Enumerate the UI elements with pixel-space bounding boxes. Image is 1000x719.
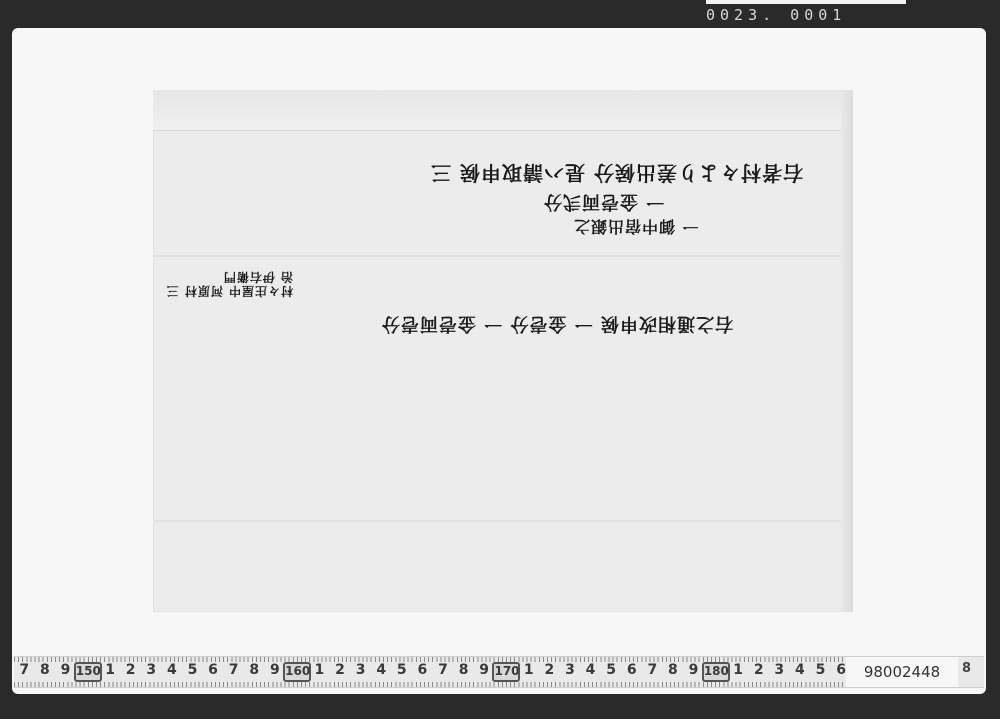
ruler-number: 6 xyxy=(203,662,224,682)
ruler-number: 2 xyxy=(120,662,141,682)
handwritten-line: 一 金壱両弐分 xyxy=(543,190,664,216)
ruler-number: 6 xyxy=(412,662,433,682)
ruler-number: 8 xyxy=(453,662,474,682)
ruler-number: 5 xyxy=(182,662,203,682)
ruler-number: 5 xyxy=(392,662,413,682)
paper-right-edge xyxy=(841,90,853,612)
handwritten-line: 右之通相改申候 一 金壱分 一 金壱両壱分 xyxy=(303,312,733,338)
ruler-number: 1 xyxy=(518,662,539,682)
ruler-number: 7 xyxy=(223,662,244,682)
ruler-number: 1 xyxy=(728,662,749,682)
document-sheet: 右者村々より差出候分 是ハ請取申候 三 一 金壱両弐分 一 御中宿出銀之 右之通… xyxy=(153,90,853,612)
ruler-number: 2 xyxy=(330,662,351,682)
ruler-numbers: 7 8 9 150 1 2 3 4 5 6 7 8 9 160 1 2 3 4 … xyxy=(14,662,851,682)
ruler-number: 1 xyxy=(100,662,121,682)
ruler-number: 3 xyxy=(769,662,790,682)
ruler-number: 6 xyxy=(621,662,642,682)
ruler-number: 8 xyxy=(244,662,265,682)
ruler-number: 8 xyxy=(663,662,684,682)
paper-fold-top xyxy=(153,90,853,131)
ruler-number: 9 xyxy=(683,662,704,682)
ruler-number: 5 xyxy=(810,662,831,682)
ruler-number: 4 xyxy=(580,662,601,682)
ruler-number: 3 xyxy=(141,662,162,682)
ruler-number: 8 xyxy=(35,662,56,682)
ruler-number: 7 xyxy=(433,662,454,682)
catalog-number-label: 98002448 xyxy=(846,657,958,687)
ruler-number: 3 xyxy=(350,662,371,682)
ruler-number: 9 xyxy=(265,662,286,682)
ruler-ticks-bottom xyxy=(14,682,844,687)
ruler-number: 7 xyxy=(642,662,663,682)
ruler-number: 7 xyxy=(14,662,35,682)
ruler-number: 4 xyxy=(371,662,392,682)
ruler-major-number: 180 xyxy=(702,662,730,682)
paper-fold-lower xyxy=(153,520,853,522)
ruler-number: 9 xyxy=(55,662,76,682)
ruler-major-number: 150 xyxy=(74,662,102,682)
frame-label-strip xyxy=(706,0,906,4)
ruler-number: 2 xyxy=(748,662,769,682)
frame-id-label: 0023. 0001 xyxy=(706,6,846,26)
handwritten-signature-block: 村々庄屋中 河原村 三治 伊右衛門 xyxy=(163,270,293,298)
ruler-number: 5 xyxy=(601,662,622,682)
paper-fold-middle xyxy=(153,255,853,257)
ruler-number: 9 xyxy=(474,662,495,682)
ruler-number: 2 xyxy=(539,662,560,682)
ruler-major-number: 160 xyxy=(283,662,311,682)
ruler-number: 4 xyxy=(790,662,811,682)
ruler-number: 3 xyxy=(560,662,581,682)
measuring-ruler: 7 8 9 150 1 2 3 4 5 6 7 8 9 160 1 2 3 4 … xyxy=(14,656,984,688)
ruler-tail-number: 8 xyxy=(962,661,971,676)
ruler-number: 4 xyxy=(162,662,183,682)
catalog-number: 98002448 xyxy=(864,663,940,681)
ruler-number: 1 xyxy=(309,662,330,682)
ruler-major-number: 170 xyxy=(492,662,520,682)
handwritten-line: 一 御中宿出銀之 xyxy=(573,216,699,239)
handwritten-line: 右者村々より差出候分 是ハ請取申候 三 xyxy=(303,160,803,189)
